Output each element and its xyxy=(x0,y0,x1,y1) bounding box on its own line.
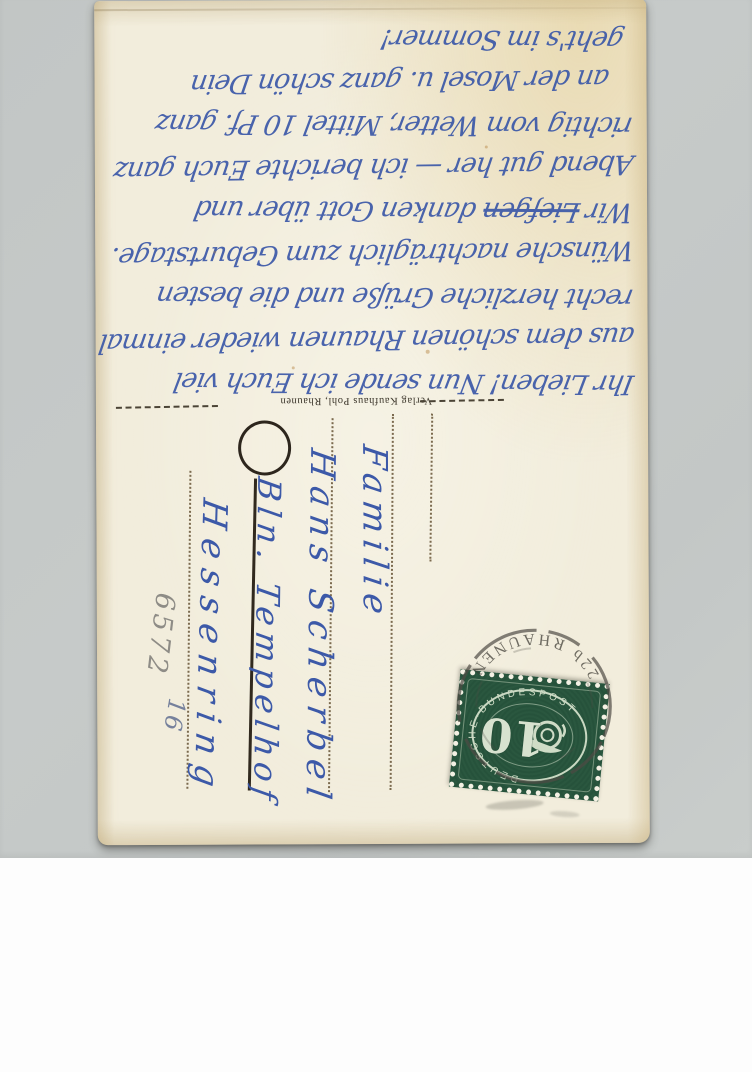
handwritten-line-with-strikethrough: Wir Liefgen danken Gott über und xyxy=(104,187,637,233)
postcard: Ihr Lieben! Nun sende ich Euch viel aus … xyxy=(94,0,650,845)
printed-circle xyxy=(238,420,291,475)
handwritten-line: Wünsche nachträglich zum Geburtstage. xyxy=(104,229,637,279)
postmark-town-text: 22b RHAUNEN xyxy=(465,630,602,683)
house-number-note: 16 xyxy=(158,696,191,735)
strike-line-post: danken Gott über und xyxy=(192,194,486,227)
postmark-smudge xyxy=(485,798,544,811)
foxing-spot xyxy=(485,145,488,148)
handwritten-message: Ihr Lieben! Nun sende ich Euch viel aus … xyxy=(106,5,634,405)
handwritten-line: aus dem schönen Rhaunen wieder einmal xyxy=(104,315,637,365)
foxing-spot xyxy=(213,251,216,254)
pencil-code: 6572 xyxy=(140,591,181,679)
strike-line-pre: Wir xyxy=(576,196,635,227)
handwritten-line: an der Mosel u. ganz schön Dein xyxy=(103,57,612,107)
handwritten-line: recht herzliche Grüße und die besten xyxy=(104,273,637,319)
struck-word: Liefgen xyxy=(480,196,582,228)
scan-page: Ihr Lieben! Nun sende ich Euch viel aus … xyxy=(0,0,752,1072)
postmark-smudge xyxy=(550,810,580,818)
handwritten-line: Abend gut her — ich berichte Euch ganz xyxy=(103,143,636,193)
address-line-family: Familie xyxy=(354,442,395,623)
foxing-spot xyxy=(292,366,295,369)
imprint-dash-left xyxy=(116,405,218,409)
photo-area: Ihr Lieben! Nun sende ich Euch viel aus … xyxy=(0,0,752,858)
handwritten-line: geht's im Sommer! xyxy=(103,15,628,61)
handwritten-line: richtig vom Wetter, Mittel 10 Pf. ganz xyxy=(103,101,636,147)
address-line-street: Hessenring xyxy=(185,496,234,800)
postmark-circle: 22b RHAUNEN xyxy=(446,618,623,795)
foxing-spot xyxy=(426,350,430,354)
address-line-city: Bln. Tempelhof xyxy=(246,475,288,809)
address-rule-dotted-1 xyxy=(429,414,433,562)
address-line-name: Hans Scherbel xyxy=(298,446,343,810)
